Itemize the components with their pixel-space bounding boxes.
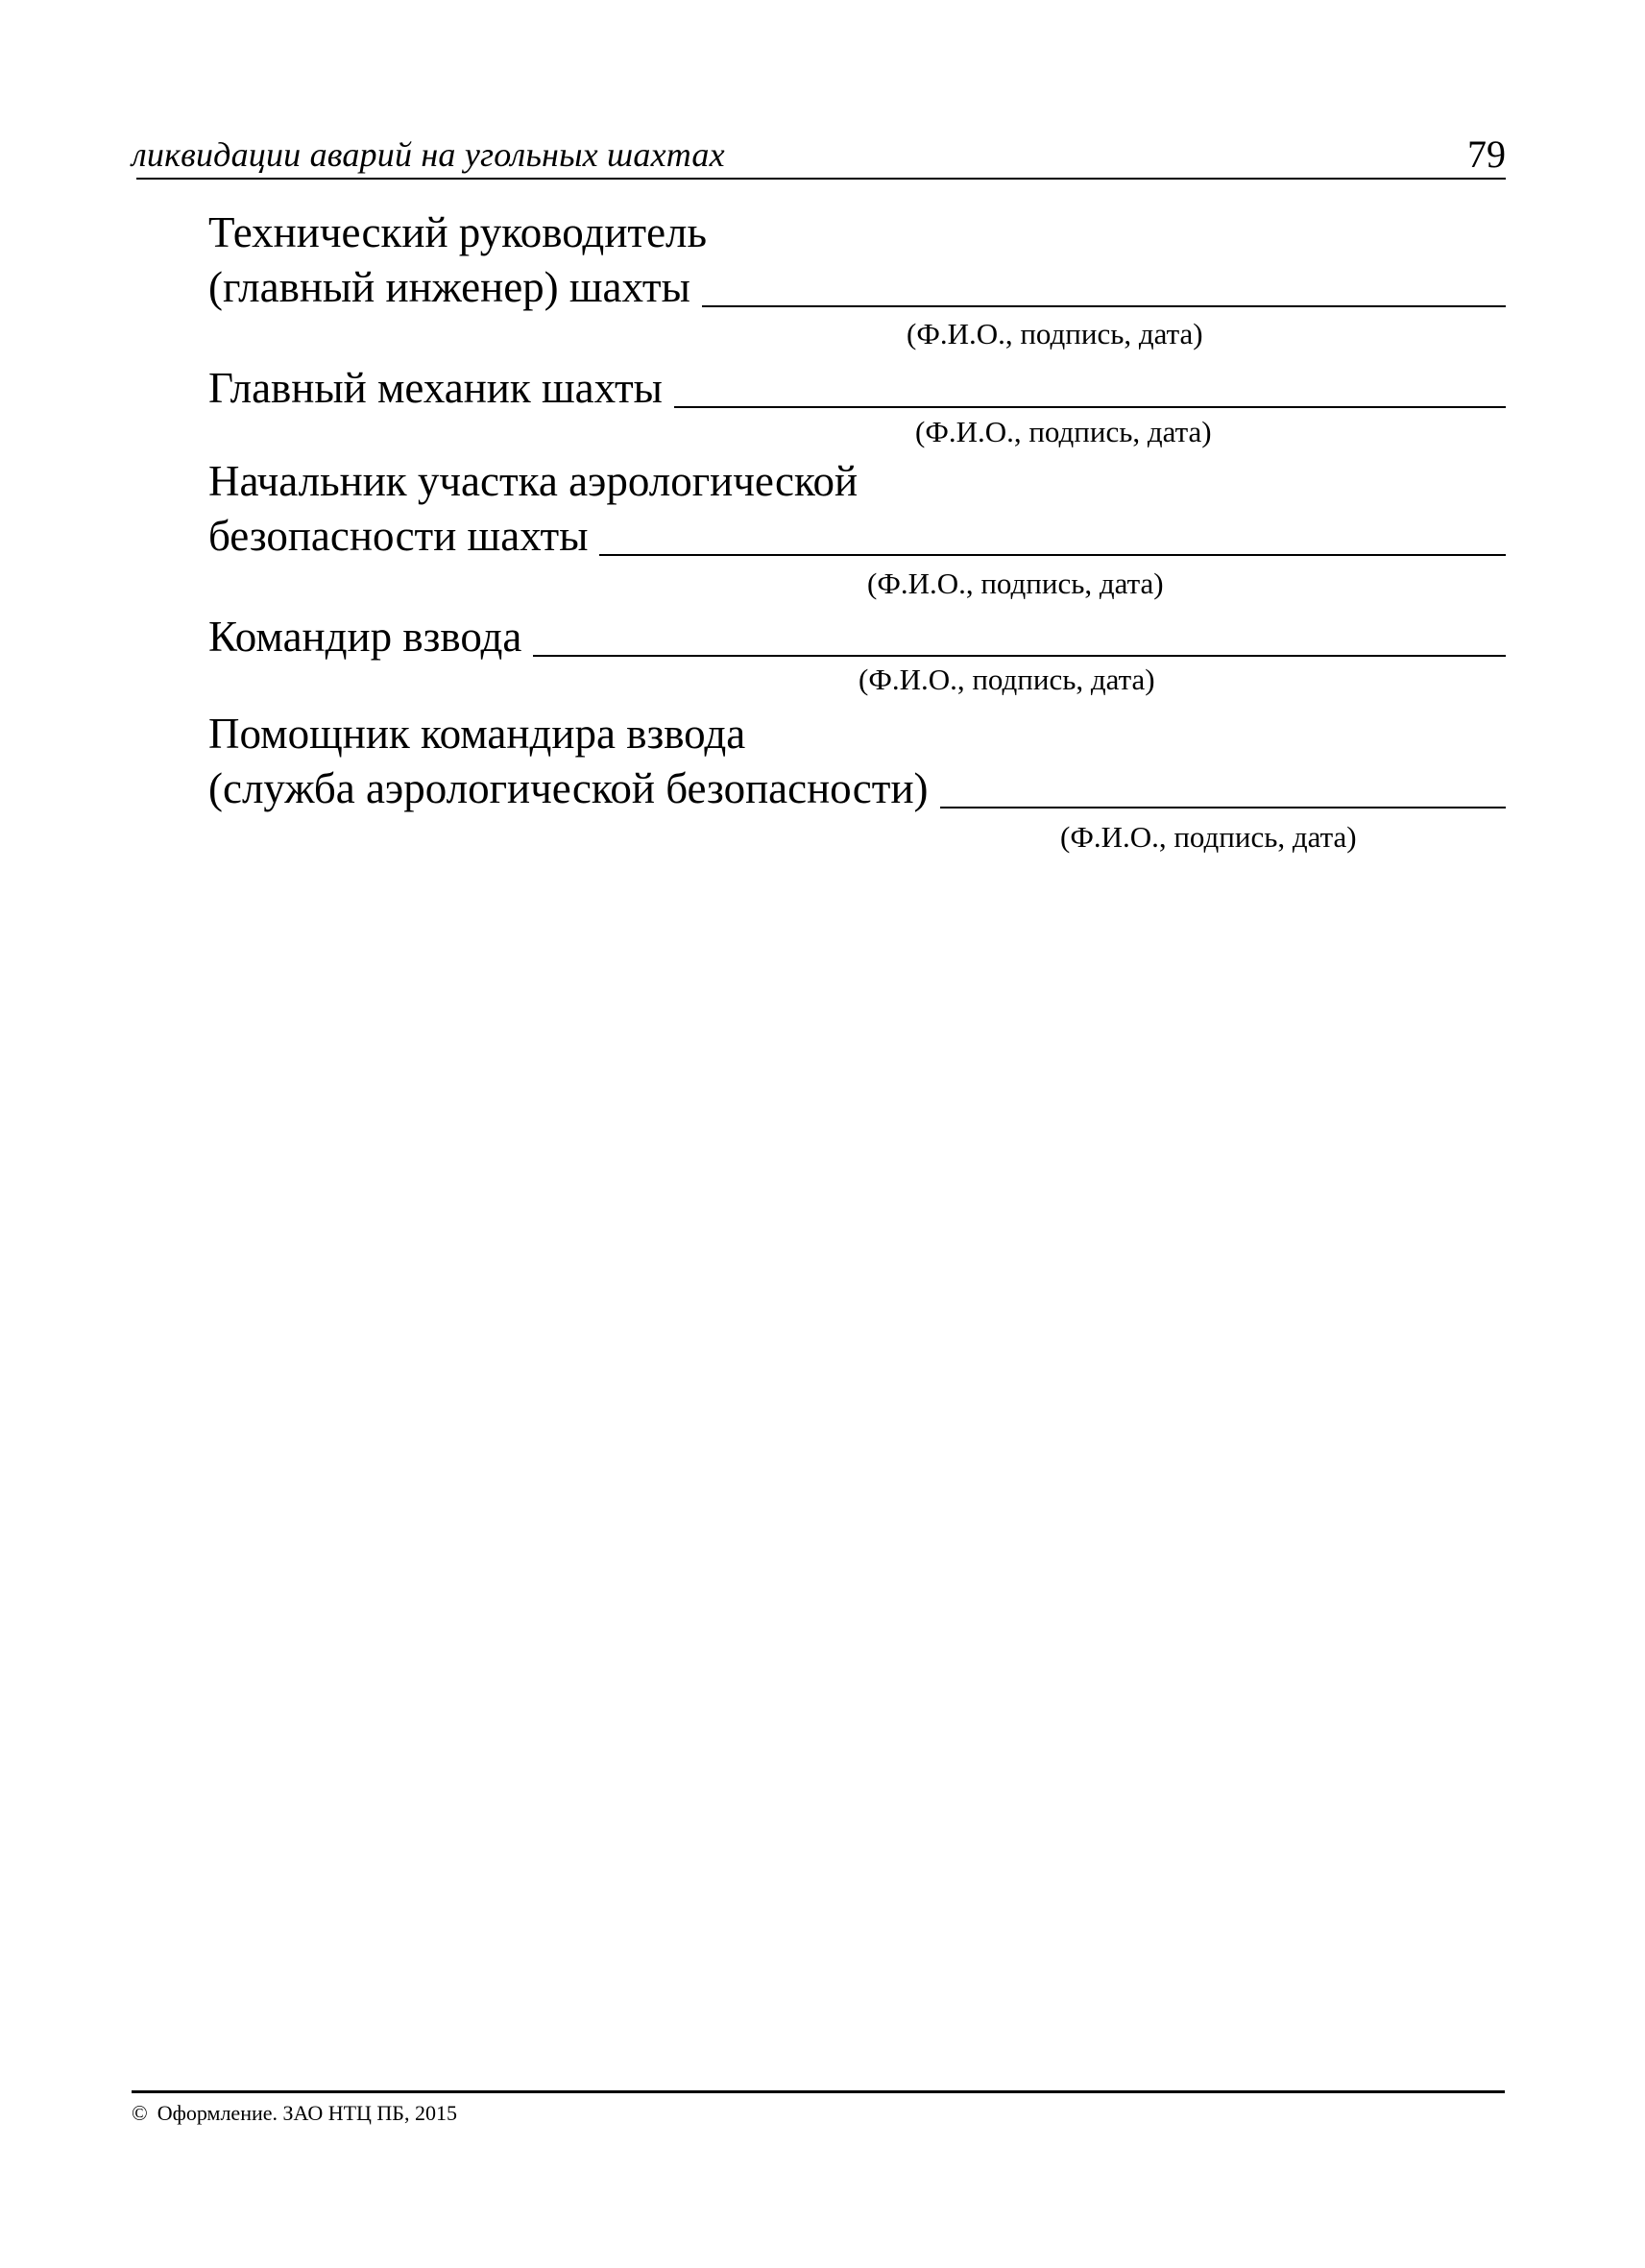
signature-field[interactable] [940,807,1506,808]
running-title: ликвидации аварий на угольных шахтах [132,134,725,175]
signature-caption: (Ф.И.О., подпись, дата) [915,415,1212,449]
signature-caption: (Ф.И.О., подпись, дата) [859,663,1155,697]
footer-text: Оформление. ЗАО НТЦ ПБ, 2015 [157,2101,457,2125]
signature-caption: (Ф.И.О., подпись, дата) [867,567,1164,601]
signature-label-line: Технический руководитель [208,205,1506,260]
signature-chief-mechanic: Главный механик шахты (Ф.И.О., подпись, … [208,361,1506,416]
footer-copyright: ©Оформление. ЗАО НТЦ ПБ, 2015 [132,2101,457,2126]
document-page: ликвидации аварий на угольных шахтах 79 … [0,0,1645,2268]
footer-rule [132,2090,1505,2093]
page-number: 79 [1467,134,1506,175]
signature-label-line: (служба аэрологической безопасности) [208,761,1506,816]
signature-label-line: (главный инженер) шахты [208,260,1506,315]
signature-field[interactable] [674,406,1506,408]
header-rule [136,178,1506,180]
signature-assistant-platoon-commander: Помощник командира взвода (служба аэроло… [208,707,1506,816]
signature-field[interactable] [533,655,1506,657]
signature-platoon-commander: Командир взвода (Ф.И.О., подпись, дата) [208,610,1506,664]
signature-label-line: безопасности шахты [208,509,1506,564]
signature-caption: (Ф.И.О., подпись, дата) [907,317,1203,351]
signature-technical-director: Технический руководитель (главный инжене… [208,205,1506,315]
signature-label-line: Начальник участка аэрологической [208,454,1506,509]
copyright-icon: © [132,2101,148,2125]
signature-field[interactable] [599,554,1506,556]
running-header: ликвидации аварий на угольных шахтах 79 [132,134,1506,181]
signature-aerology-section-head: Начальник участка аэрологической безопас… [208,454,1506,564]
signature-label-line: Помощник командира взвода [208,707,1506,761]
signature-caption: (Ф.И.О., подпись, дата) [1060,820,1357,855]
signature-field[interactable] [702,305,1506,307]
signature-label-line: Главный механик шахты [208,361,1506,416]
signature-label-line: Командир взвода [208,610,1506,664]
